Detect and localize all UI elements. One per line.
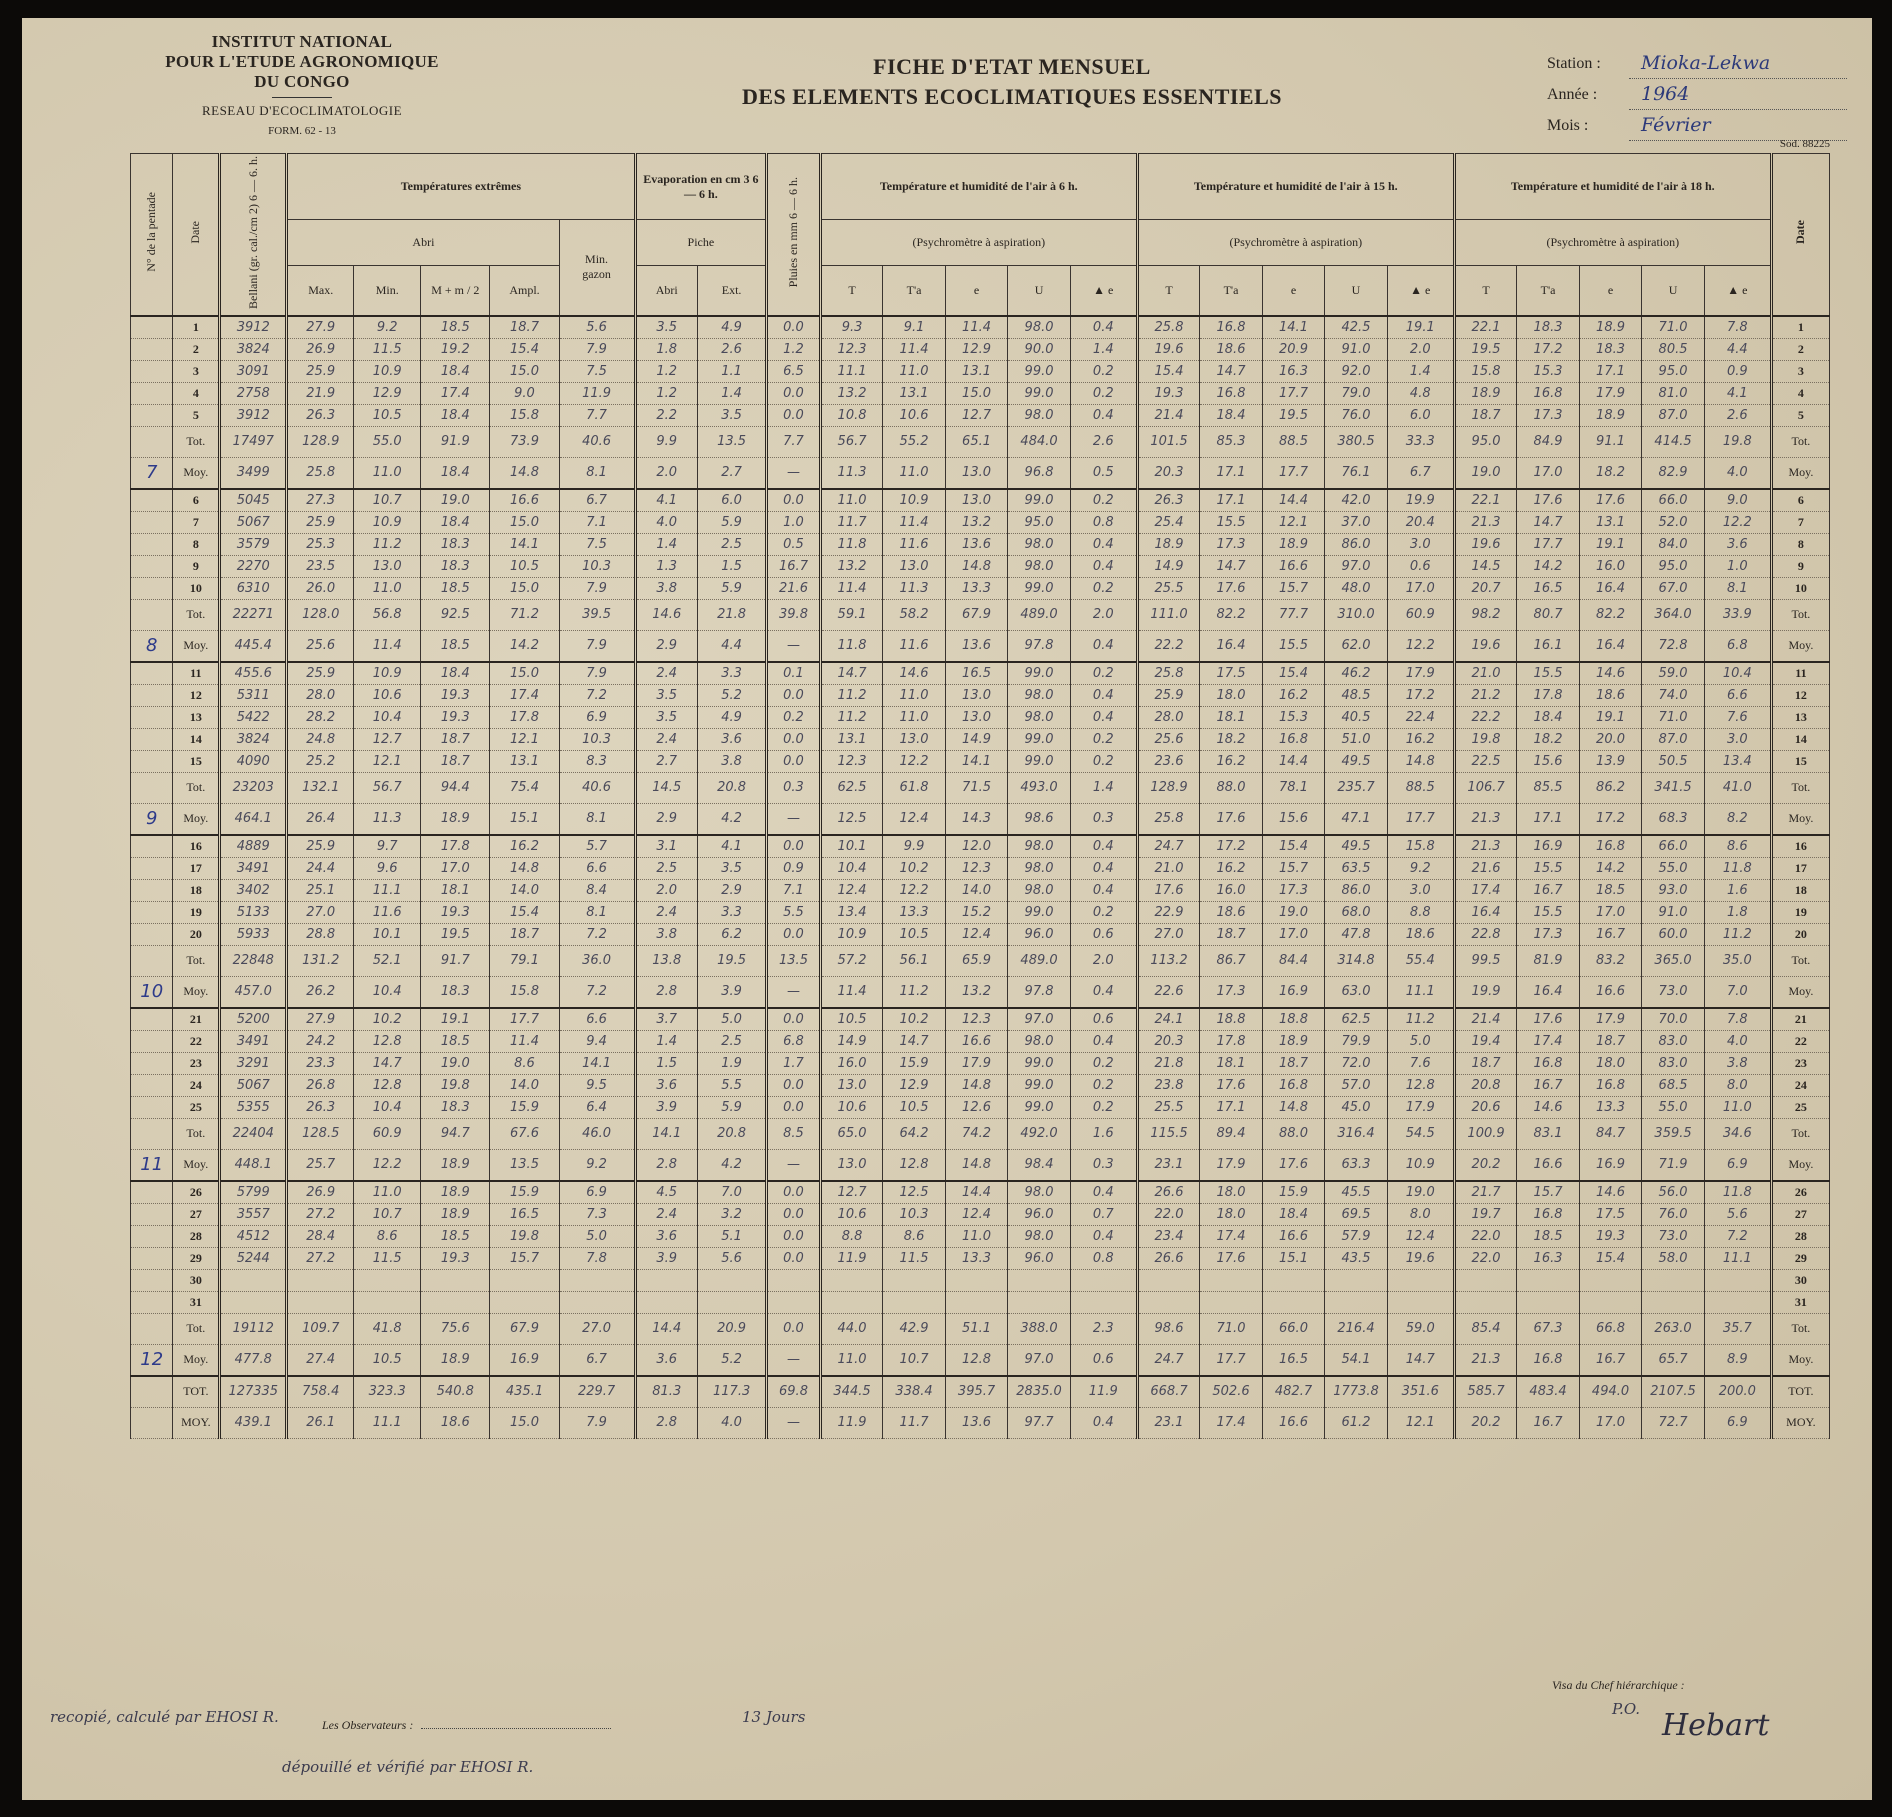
form-number: FORM. 62 - 13 (132, 125, 472, 137)
data-cell: 15.2 (945, 901, 1008, 923)
data-cell: 19.9 (1454, 976, 1517, 1008)
data-cell: 0.8 (1070, 1247, 1137, 1269)
data-cell: 6.0 (1387, 404, 1454, 426)
data-cell: 19.0 (1454, 457, 1517, 489)
data-cell: — (767, 803, 821, 835)
data-cell: 8.9 (1704, 1344, 1771, 1376)
data-cell: 13.4 (1704, 750, 1771, 772)
data-cell: 10.6 (354, 684, 421, 706)
data-cell (354, 1269, 421, 1291)
data-cell: 11.2 (354, 533, 421, 555)
date-right-cell: 27 (1771, 1203, 1829, 1225)
data-cell: 93.0 (1642, 879, 1705, 901)
data-cell: 12.1 (1387, 1407, 1454, 1438)
data-cell: 11.2 (883, 976, 946, 1008)
data-cell: 0.8 (1070, 511, 1137, 533)
data-cell: 14.7 (820, 662, 883, 685)
table-row: 17349124.49.617.014.86.62.53.50.910.410.… (131, 857, 1830, 879)
data-cell: 18.3 (421, 976, 490, 1008)
data-cell: — (767, 1407, 821, 1438)
data-cell: 344.5 (820, 1376, 883, 1408)
data-cell: 77.7 (1262, 599, 1325, 630)
data-cell: 43.5 (1325, 1247, 1388, 1269)
data-cell: 16.2 (1200, 857, 1263, 879)
data-cell: 10.7 (354, 489, 421, 512)
visa-label: Visa du Chef hiérarchique : (1552, 1678, 1685, 1693)
data-cell (1517, 1291, 1580, 1313)
data-cell: 20.4 (1387, 511, 1454, 533)
table-row: 23329123.314.719.08.614.11.51.91.716.015… (131, 1052, 1830, 1074)
data-cell: 14.9 (820, 1030, 883, 1052)
data-cell: 13.3 (945, 1247, 1008, 1269)
date-right-cell: 24 (1771, 1074, 1829, 1096)
data-cell: 1.2 (635, 360, 698, 382)
data-cell: 0.2 (1070, 728, 1137, 750)
data-cell: 14.3 (945, 803, 1008, 835)
data-cell: 65.0 (820, 1118, 883, 1149)
data-cell: 8.6 (883, 1225, 946, 1247)
data-cell: 99.0 (1008, 489, 1071, 512)
data-cell: 18.2 (1200, 728, 1263, 750)
data-cell: 16.1 (1517, 630, 1580, 662)
data-cell: 18.2 (1579, 457, 1642, 489)
data-cell: 21.0 (1454, 662, 1517, 685)
data-cell: 18.4 (421, 511, 490, 533)
data-cell: 60.9 (1387, 599, 1454, 630)
data-cell: 19.5 (1454, 338, 1517, 360)
data-cell: 27.9 (287, 316, 354, 339)
data-cell: 15.7 (1262, 857, 1325, 879)
data-cell: 16.6 (1262, 555, 1325, 577)
pentade-cell (131, 599, 173, 630)
data-cell: 72.8 (1642, 630, 1705, 662)
data-cell: 20.3 (1137, 457, 1200, 489)
data-cell: 8.1 (559, 901, 635, 923)
data-cell: 17.0 (1517, 457, 1580, 489)
data-cell: 16.6 (945, 1030, 1008, 1052)
data-cell: 445.4 (220, 630, 287, 662)
data-cell: 99.0 (1008, 360, 1071, 382)
data-cell: 10.7 (883, 1344, 946, 1376)
data-cell: 0.1 (767, 662, 821, 685)
data-cell: 111.0 (1137, 599, 1200, 630)
data-cell: 2.5 (698, 1030, 767, 1052)
col-15h-U: U (1325, 266, 1388, 316)
data-cell: 23.5 (287, 555, 354, 577)
data-cell: 45.0 (1325, 1096, 1388, 1118)
data-cell: 2.4 (635, 1203, 698, 1225)
col-15h-T: T (1137, 266, 1200, 316)
data-cell: 59.1 (820, 599, 883, 630)
date-right-cell: 18 (1771, 879, 1829, 901)
table-row: 27355727.210.718.916.57.32.43.20.010.610… (131, 1203, 1830, 1225)
col-group-6h: Température et humidité de l'air à 6 h. (820, 154, 1137, 220)
data-cell: 0.5 (1070, 457, 1137, 489)
data-cell: 61.2 (1325, 1407, 1388, 1438)
tot-label-right: Tot. (1771, 426, 1829, 457)
data-cell: 0.4 (1070, 857, 1137, 879)
col-18h-T: T (1454, 266, 1517, 316)
year-value: 1964 (1629, 79, 1847, 110)
data-cell (1008, 1291, 1071, 1313)
data-cell: 17.7 (1262, 382, 1325, 404)
data-cell (1387, 1291, 1454, 1313)
data-cell: 17.4 (421, 382, 490, 404)
moy-label-right: Moy. (1771, 1344, 1829, 1376)
data-cell: 16.6 (1262, 1407, 1325, 1438)
data-cell: 94.4 (421, 772, 490, 803)
data-cell: 91.9 (421, 426, 490, 457)
pentade-cell (131, 489, 173, 512)
data-cell: 9.9 (635, 426, 698, 457)
data-cell: 380.5 (1325, 426, 1388, 457)
data-cell: 12.4 (820, 879, 883, 901)
col-15h-delta-e: ▲ e (1387, 266, 1454, 316)
data-cell: 21.6 (767, 577, 821, 599)
data-cell: 11.0 (883, 457, 946, 489)
data-cell: 14.5 (1454, 555, 1517, 577)
data-cell: 0.0 (767, 489, 821, 512)
data-cell: 70.0 (1642, 1008, 1705, 1031)
data-cell: 18.4 (1517, 706, 1580, 728)
form-sheet: INSTITUT NATIONAL POUR L'ETUDE AGRONOMIQ… (22, 18, 1872, 1800)
data-cell: 18.7 (1454, 404, 1517, 426)
data-cell: 98.0 (1008, 857, 1071, 879)
col-18h-e: e (1579, 266, 1642, 316)
title-line-1: FICHE D'ETAT MENSUEL (662, 52, 1362, 82)
data-cell: 22.9 (1137, 901, 1200, 923)
data-cell: 4.9 (698, 316, 767, 339)
data-cell: 18.3 (1579, 338, 1642, 360)
data-cell: 18.4 (421, 662, 490, 685)
data-cell: 18.3 (421, 555, 490, 577)
data-cell: 314.8 (1325, 945, 1388, 976)
pentade-cell (131, 1181, 173, 1204)
data-cell: 16.2 (490, 835, 559, 858)
data-cell: 20.8 (1454, 1074, 1517, 1096)
data-cell: 0.4 (1070, 316, 1137, 339)
data-cell: 9.3 (820, 316, 883, 339)
data-cell: 81.9 (1517, 945, 1580, 976)
data-cell: 55.0 (1642, 857, 1705, 879)
data-cell: 16.8 (1517, 382, 1580, 404)
data-cell: 13.0 (945, 457, 1008, 489)
data-cell: 12.2 (883, 879, 946, 901)
data-cell: 0.2 (1070, 1096, 1137, 1118)
table-row: 11455.625.910.918.415.07.92.43.30.114.71… (131, 662, 1830, 685)
data-cell (1325, 1291, 1388, 1313)
data-cell: 0.2 (1070, 662, 1137, 685)
data-cell: 2270 (220, 555, 287, 577)
year-label: Année : (1547, 80, 1629, 110)
table-row: 13542228.210.419.317.86.93.54.90.211.211… (131, 706, 1830, 728)
data-cell: 2.4 (635, 662, 698, 685)
data-cell (490, 1291, 559, 1313)
date-cell: 8 (173, 533, 220, 555)
data-cell: 9.2 (559, 1149, 635, 1181)
data-cell: 15.8 (490, 976, 559, 1008)
data-cell: 17.0 (1579, 901, 1642, 923)
data-cell: 82.2 (1579, 599, 1642, 630)
data-cell: 2835.0 (1008, 1376, 1071, 1408)
data-cell: 97.0 (1008, 1008, 1071, 1031)
data-cell: 26.9 (287, 1181, 354, 1204)
pentade-number: 10 (131, 976, 173, 1008)
data-cell: 63.5 (1325, 857, 1388, 879)
data-cell: 17497 (220, 426, 287, 457)
data-cell: 18.5 (421, 1030, 490, 1052)
data-cell: 455.6 (220, 662, 287, 685)
data-cell: 3.8 (698, 750, 767, 772)
data-cell: 60.0 (1642, 923, 1705, 945)
tot-label: Tot. (173, 426, 220, 457)
date-right-cell: 7 (1771, 511, 1829, 533)
pentade-cell (131, 1376, 173, 1408)
month-label: Mois : (1547, 111, 1629, 141)
data-cell: 18.9 (421, 1344, 490, 1376)
data-cell (945, 1269, 1008, 1291)
data-cell: 8.0 (1387, 1203, 1454, 1225)
data-cell (1454, 1269, 1517, 1291)
data-cell: 99.0 (1008, 382, 1071, 404)
page-title: FICHE D'ETAT MENSUEL DES ELEMENTS ECOCLI… (662, 52, 1362, 112)
pentade-cell (131, 316, 173, 339)
data-cell: 27.9 (287, 1008, 354, 1031)
data-cell: 21.2 (1454, 684, 1517, 706)
data-cell: 14.1 (635, 1118, 698, 1149)
data-cell (1579, 1291, 1642, 1313)
data-cell: 10.2 (354, 1008, 421, 1031)
data-cell: 41.0 (1704, 772, 1771, 803)
data-cell: 18.9 (1262, 533, 1325, 555)
data-cell: 21.8 (1137, 1052, 1200, 1074)
tot-label: Tot. (173, 1118, 220, 1149)
data-cell: 18.9 (1137, 533, 1200, 555)
data-cell: 24.8 (287, 728, 354, 750)
data-cell: 12.6 (945, 1096, 1008, 1118)
data-cell: 16.8 (1262, 1074, 1325, 1096)
data-cell: 17.7 (1387, 803, 1454, 835)
data-cell: 0.4 (1070, 706, 1137, 728)
visa-pp: P.O. (1612, 1700, 1640, 1718)
pentade-number: 8 (131, 630, 173, 662)
data-cell: 13.1 (1579, 511, 1642, 533)
data-cell: 477.8 (220, 1344, 287, 1376)
col-piche: Piche (635, 220, 767, 266)
data-cell: 67.3 (1517, 1313, 1580, 1344)
table-row: 5391226.310.518.415.87.72.23.50.010.810.… (131, 404, 1830, 426)
data-cell: 19.3 (1579, 1225, 1642, 1247)
data-cell: 310.0 (1325, 599, 1388, 630)
data-cell: 47.8 (1325, 923, 1388, 945)
data-cell: 11.9 (820, 1407, 883, 1438)
data-cell (1517, 1269, 1580, 1291)
data-cell: 76.0 (1642, 1203, 1705, 1225)
mean-row: 8Moy.445.425.611.418.514.27.92.94.4—11.8… (131, 630, 1830, 662)
data-cell: 12.7 (820, 1181, 883, 1204)
data-cell: 17.4 (1200, 1225, 1263, 1247)
data-cell: 15.4 (490, 338, 559, 360)
data-cell: 98.2 (1454, 599, 1517, 630)
col-date-right: Date (1771, 154, 1829, 316)
data-cell: 91.0 (1642, 901, 1705, 923)
data-cell (1137, 1269, 1200, 1291)
data-cell: 3.7 (635, 1008, 698, 1031)
data-cell: 15.5 (1517, 662, 1580, 685)
data-cell (421, 1269, 490, 1291)
data-cell: 7.6 (1704, 706, 1771, 728)
data-cell: 758.4 (287, 1376, 354, 1408)
data-cell: 25.9 (287, 835, 354, 858)
data-cell: 482.7 (1262, 1376, 1325, 1408)
data-cell: 66.0 (1262, 1313, 1325, 1344)
data-cell: 0.2 (1070, 360, 1137, 382)
table-row: 26579926.911.018.915.96.94.57.00.012.712… (131, 1181, 1830, 1204)
data-cell: 10.5 (354, 1344, 421, 1376)
data-cell: 95.0 (1642, 555, 1705, 577)
data-cell (1070, 1269, 1137, 1291)
data-cell: 13.3 (883, 901, 946, 923)
data-cell: 7.0 (698, 1181, 767, 1204)
data-cell: 16.9 (490, 1344, 559, 1376)
pentade-cell (131, 382, 173, 404)
data-cell (635, 1269, 698, 1291)
data-cell: 16.6 (1262, 1225, 1325, 1247)
data-cell: 86.7 (1200, 945, 1263, 976)
data-cell: 11.0 (883, 706, 946, 728)
pentade-number: 12 (131, 1344, 173, 1376)
col-bellani: Bellani (gr. cal./cm 2) 6 — 6. h. (220, 154, 287, 316)
data-cell: 323.3 (354, 1376, 421, 1408)
data-cell: 13.0 (945, 684, 1008, 706)
data-cell: 6.5 (767, 360, 821, 382)
data-cell: 56.8 (354, 599, 421, 630)
data-cell: 17.1 (1517, 803, 1580, 835)
data-cell: 2.5 (698, 533, 767, 555)
data-cell: 11.7 (883, 1407, 946, 1438)
data-cell (698, 1269, 767, 1291)
data-cell: 414.5 (1642, 426, 1705, 457)
data-cell: 3.5 (635, 684, 698, 706)
data-cell: 13.1 (883, 382, 946, 404)
data-cell: 56.0 (1642, 1181, 1705, 1204)
data-cell (945, 1291, 1008, 1313)
data-cell: 14.7 (1517, 511, 1580, 533)
data-cell: 17.8 (490, 706, 559, 728)
col-18h-Ta: T'a (1517, 266, 1580, 316)
data-cell: 27.2 (287, 1247, 354, 1269)
data-cell: 95.0 (1008, 511, 1071, 533)
table-row: 3131 (131, 1291, 1830, 1313)
data-cell: 16.0 (1579, 555, 1642, 577)
data-cell: 3.9 (635, 1247, 698, 1269)
data-cell: 15.1 (1262, 1247, 1325, 1269)
data-cell: 16.6 (490, 489, 559, 512)
col-min-gazon: Min.gazon (559, 220, 635, 316)
data-cell: 22.1 (1454, 489, 1517, 512)
data-cell: 16.7 (1579, 1344, 1642, 1376)
mean-row: 7Moy.349925.811.018.414.88.12.02.7—11.31… (131, 457, 1830, 489)
date-cell: 18 (173, 879, 220, 901)
data-cell: 5933 (220, 923, 287, 945)
data-cell: 51.1 (945, 1313, 1008, 1344)
data-cell: 5.5 (698, 1074, 767, 1096)
data-cell: 84.4 (1262, 945, 1325, 976)
data-cell: 0.0 (767, 1008, 821, 1031)
tot-label-right: Tot. (1771, 599, 1829, 630)
data-cell: 98.0 (1008, 879, 1071, 901)
data-cell: 67.9 (490, 1313, 559, 1344)
date-right-cell: 21 (1771, 1008, 1829, 1031)
data-cell: 92.5 (421, 599, 490, 630)
data-cell: 1.6 (1070, 1118, 1137, 1149)
data-cell: 18.7 (421, 728, 490, 750)
mean-row: 11Moy.448.125.712.218.913.59.22.84.2—13.… (131, 1149, 1830, 1181)
data-cell: 17.6 (1262, 1149, 1325, 1181)
data-cell: 69.8 (767, 1376, 821, 1408)
data-cell: — (767, 457, 821, 489)
data-cell: 15.5 (1262, 630, 1325, 662)
data-cell (220, 1291, 287, 1313)
data-cell: 11.1 (354, 879, 421, 901)
data-cell: 85.3 (1200, 426, 1263, 457)
data-cell: 14.0 (490, 879, 559, 901)
data-cell: 25.6 (287, 630, 354, 662)
station-info: Station :Mioka-Lekwa Année :1964 Mois :F… (1547, 48, 1847, 141)
data-cell: 18.1 (1200, 706, 1263, 728)
date-cell: 24 (173, 1074, 220, 1096)
moy-label: Moy. (173, 803, 220, 835)
data-cell: 26.4 (287, 803, 354, 835)
data-cell: 17.6 (1517, 1008, 1580, 1031)
date-right-cell: 22 (1771, 1030, 1829, 1052)
tot-label: Tot. (173, 772, 220, 803)
data-cell: 17.6 (1200, 1074, 1263, 1096)
date-cell: 2 (173, 338, 220, 360)
data-cell: 17.9 (1387, 662, 1454, 685)
data-cell: 4.1 (698, 835, 767, 858)
data-cell: 67.6 (490, 1118, 559, 1149)
data-cell: 12.8 (1387, 1074, 1454, 1096)
data-cell: 25.8 (1137, 316, 1200, 339)
data-cell: 5.9 (698, 1096, 767, 1118)
data-cell: 12.0 (945, 835, 1008, 858)
data-cell: 3.6 (635, 1225, 698, 1247)
data-cell: 17.4 (1454, 879, 1517, 901)
data-cell: 0.2 (1070, 750, 1137, 772)
col-6h-delta-e: ▲ e (1070, 266, 1137, 316)
data-cell: 11.6 (354, 901, 421, 923)
data-cell: 17.9 (1579, 382, 1642, 404)
data-cell: 17.4 (1200, 1407, 1263, 1438)
data-cell: 26.9 (287, 338, 354, 360)
data-cell: 22.1 (1454, 316, 1517, 339)
data-cell: 9.2 (1387, 857, 1454, 879)
data-cell: 21.3 (1454, 835, 1517, 858)
data-cell: 0.0 (767, 1203, 821, 1225)
data-cell: 34.6 (1704, 1118, 1771, 1149)
data-cell: 128.0 (287, 599, 354, 630)
data-cell: 8.6 (354, 1225, 421, 1247)
data-cell: 17.0 (1262, 923, 1325, 945)
data-cell: 3824 (220, 728, 287, 750)
data-cell: 44.0 (820, 1313, 883, 1344)
tot-label-right: Tot. (1771, 945, 1829, 976)
date-cell: 6 (173, 489, 220, 512)
data-cell (1704, 1269, 1771, 1291)
date-right-cell: 11 (1771, 662, 1829, 685)
data-cell: 18.9 (421, 1181, 490, 1204)
